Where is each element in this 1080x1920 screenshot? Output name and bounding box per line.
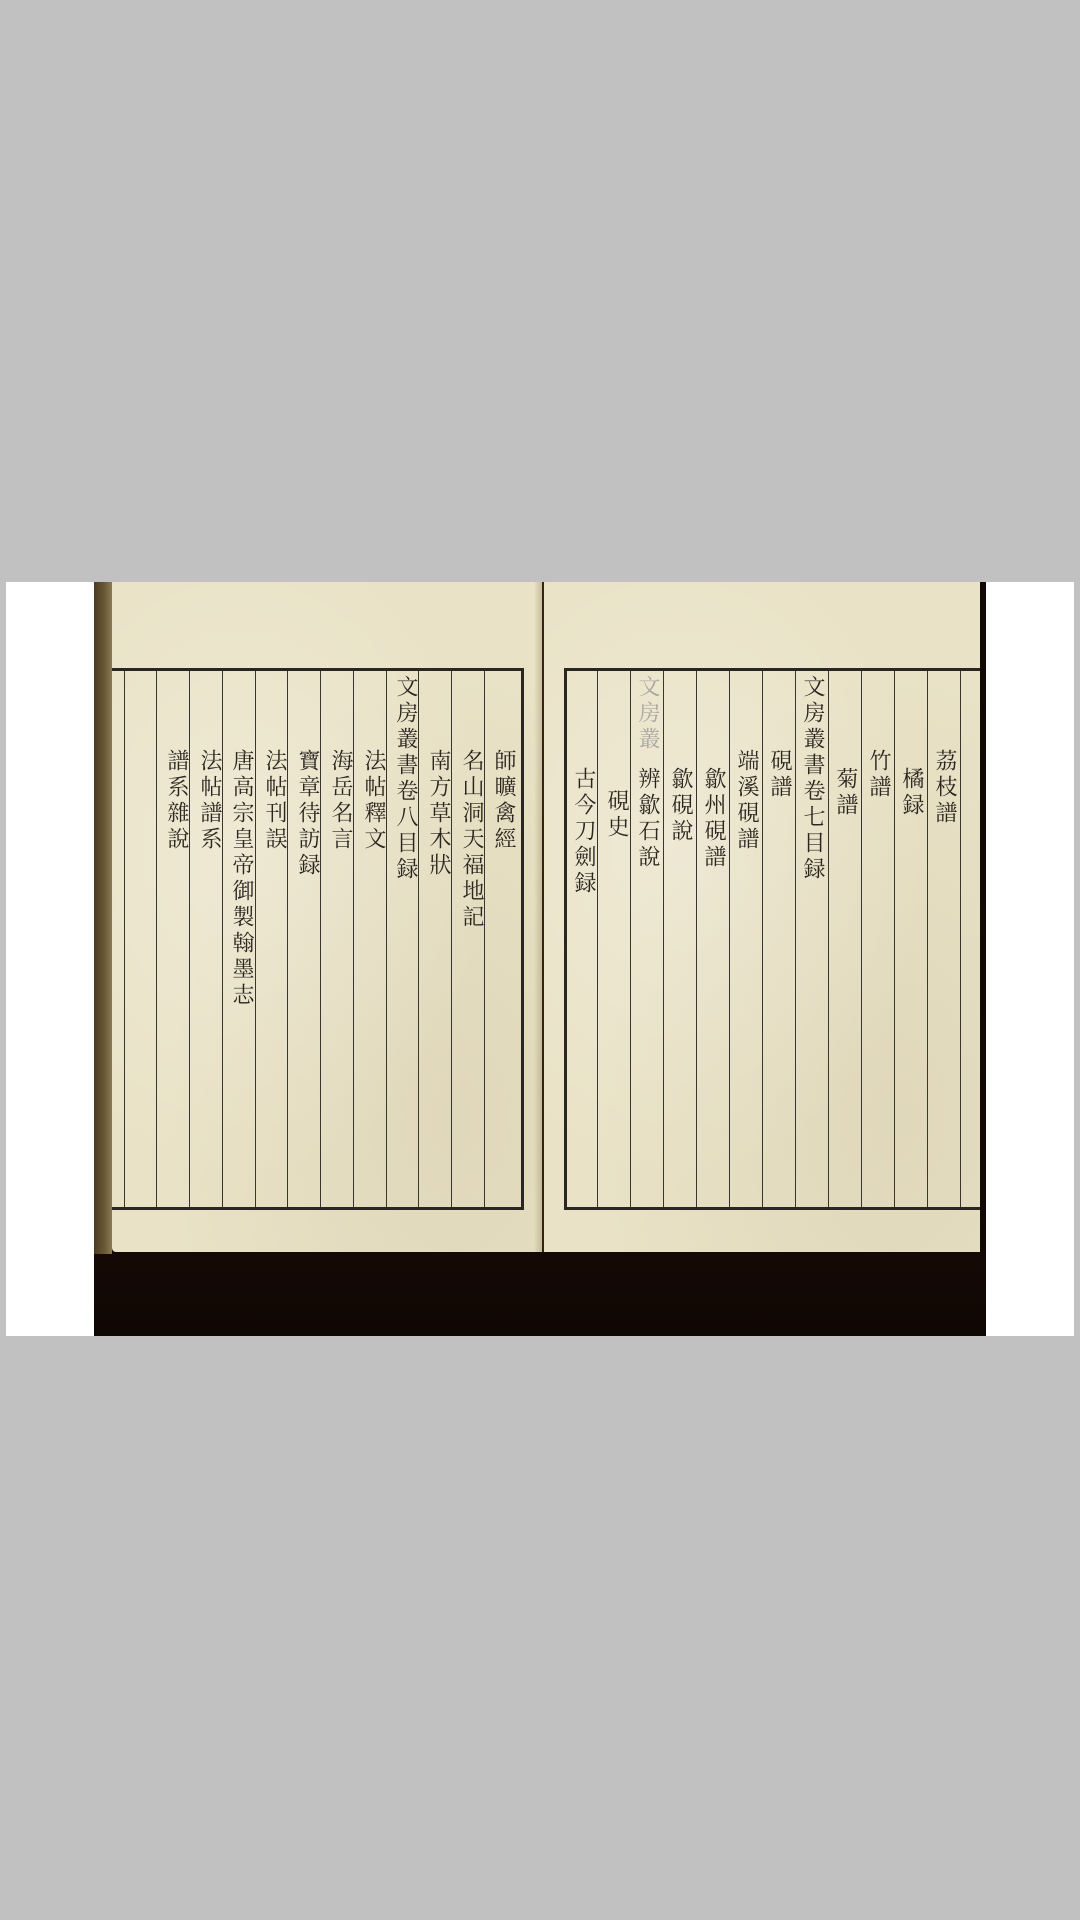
toc-entry: 譜系雜說 (163, 749, 189, 853)
toc-entry: 端溪硯譜 (733, 749, 759, 853)
column-rule (696, 671, 697, 1207)
toc-entry: 南方草木狀 (425, 749, 451, 879)
column-rule (729, 671, 730, 1207)
toc-entry: 唐高宗皇帝御製翰墨志 (228, 749, 254, 1009)
toc-entry: 法帖釋文 (360, 749, 386, 853)
column-rule (255, 671, 256, 1207)
toc-entry: 菊譜 (832, 767, 858, 819)
column-rule (386, 671, 387, 1207)
column-rule (795, 671, 796, 1207)
column-rule (287, 671, 288, 1207)
toc-entry: 法帖刊誤 (261, 749, 287, 853)
column-rule (418, 671, 419, 1207)
toc-volume-heading: 文房叢書卷八目録 (392, 675, 418, 883)
toc-entry: 名山洞天福地記 (458, 749, 484, 931)
scan-background-band (94, 1254, 986, 1336)
column-rule (927, 671, 928, 1207)
toc-entry: 法帖譜系 (196, 749, 222, 853)
column-rule (663, 671, 664, 1207)
toc-entry: 歙州硯譜 (700, 767, 726, 871)
column-rule (189, 671, 190, 1207)
column-rule (451, 671, 452, 1207)
toc-entry: 寶章待訪録 (294, 749, 320, 879)
column-rule (828, 671, 829, 1207)
toc-entry: 橘録 (898, 767, 924, 819)
toc-entry: 古今刀劍録 (570, 767, 596, 897)
column-rule (861, 671, 862, 1207)
right-page-border-frame: 茘枝譜 橘録 竹譜 菊譜 文房叢書卷七目録 硯譜 端溪硯譜 歙州硯譜 歙硯說 文… (564, 668, 980, 1210)
column-rule (320, 671, 321, 1207)
column-rule (894, 671, 895, 1207)
column-rule (597, 671, 598, 1207)
toc-entry: 辨歙石說 (634, 767, 660, 871)
left-page-border-frame: 師曠禽經 名山洞天福地記 南方草木狀 文房叢書卷八目録 法帖釋文 海岳名言 寶章… (112, 668, 524, 1210)
book-scan: 師曠禽經 名山洞天福地記 南方草木狀 文房叢書卷八目録 法帖釋文 海岳名言 寶章… (94, 582, 986, 1336)
left-page: 師曠禽經 名山洞天福地記 南方草木狀 文房叢書卷八目録 法帖釋文 海岳名言 寶章… (112, 582, 542, 1252)
toc-volume-heading: 文房叢書卷七目録 (799, 675, 825, 883)
book-spine-edge (94, 582, 112, 1254)
toc-entry: 師曠禽經 (490, 749, 516, 853)
toc-entry: 歙硯說 (667, 767, 693, 845)
toc-entry: 硯譜 (766, 749, 792, 801)
column-rule (156, 671, 157, 1207)
toc-entry: 茘枝譜 (931, 749, 957, 827)
column-rule (484, 671, 485, 1207)
bleedthrough-text: 文房叢 (634, 675, 660, 753)
column-rule (960, 671, 961, 1207)
right-page: 茘枝譜 橘録 竹譜 菊譜 文房叢書卷七目録 硯譜 端溪硯譜 歙州硯譜 歙硯說 文… (544, 582, 980, 1252)
toc-entry: 海岳名言 (327, 749, 353, 853)
toc-entry: 硯史 (603, 789, 629, 841)
column-rule (630, 671, 631, 1207)
column-rule (762, 671, 763, 1207)
toc-entry: 竹譜 (865, 749, 891, 801)
column-rule (124, 671, 125, 1207)
column-rule (222, 671, 223, 1207)
column-rule (353, 671, 354, 1207)
